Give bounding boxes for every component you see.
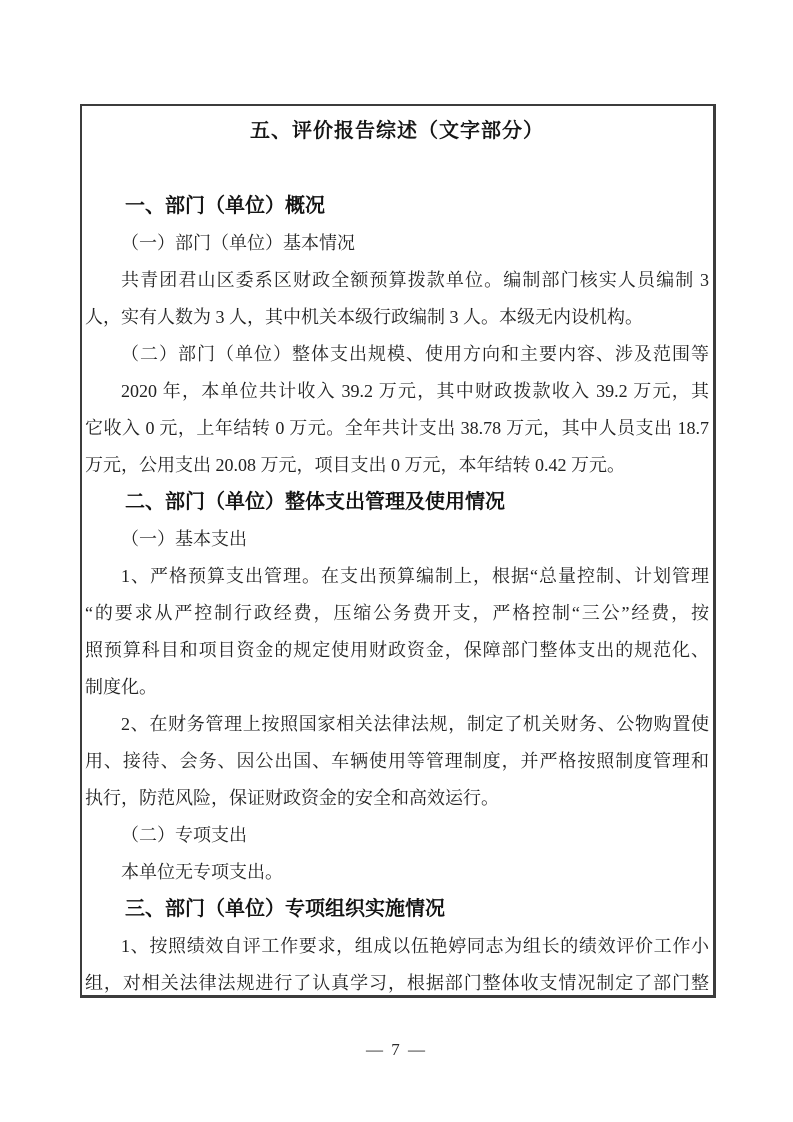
text-line: 本单位无专项支出。 bbox=[85, 854, 709, 891]
subheading-overall-expenditure: （二）部门（单位）整体支出规模、使用方向和主要内容、涉及范围等 bbox=[85, 336, 709, 373]
text-line: 2020 年，本单位共计收入 39.2 万元，其中财政拨款收入 39.2 万元，… bbox=[85, 373, 709, 410]
report-text-box: 五、评价报告综述（文字部分） 一、部门（单位）概况 （一）部门（单位）基本情况 … bbox=[80, 104, 716, 998]
text-line: 组，对相关法律法规进行了认真学习，根据部门整体收支情况制定了部门整 bbox=[85, 965, 709, 998]
subheading-basic-expenditure: （一）基本支出 bbox=[85, 521, 709, 558]
text-line: 1、按照绩效自评工作要求，组成以伍艳婷同志为组长的绩效评价工作小 bbox=[85, 928, 709, 965]
text-line: 2、在财务管理上按照国家相关法律法规，制定了机关财务、公物购置使 bbox=[85, 706, 709, 743]
text-line: 用、接待、会务、因公出国、车辆使用等管理制度，并严格按照制度管理和 bbox=[85, 743, 709, 780]
title-spacer bbox=[85, 154, 709, 188]
text-line: 执行，防范风险，保证财政资金的安全和高效运行。 bbox=[85, 780, 709, 817]
document-page: 五、评价报告综述（文字部分） 一、部门（单位）概况 （一）部门（单位）基本情况 … bbox=[0, 0, 793, 1122]
text-line: 万元，公用支出 20.08 万元，项目支出 0 万元，本年结转 0.42 万元。 bbox=[85, 447, 709, 484]
text-line: “的要求从严控制行政经费，压缩公务费开支，严格控制“三公”经费，按 bbox=[85, 595, 709, 632]
text-line: 共青团君山区委系区财政全额预算拨款单位。编制部门核实人员编制 3 bbox=[85, 262, 709, 299]
subheading-basic-situation: （一）部门（单位）基本情况 bbox=[85, 225, 709, 262]
text-line: 它收入 0 元，上年结转 0 万元。全年共计支出 38.78 万元，其中人员支出… bbox=[85, 410, 709, 447]
section-title: 五、评价报告综述（文字部分） bbox=[85, 108, 709, 154]
text-line: 照预算科目和项目资金的规定使用财政资金，保障部门整体支出的规范化、 bbox=[85, 632, 709, 669]
text-line: 人，实有人数为 3 人，其中机关本级行政编制 3 人。本级无内设机构。 bbox=[85, 299, 709, 336]
heading-expenditure-management: 二、部门（单位）整体支出管理及使用情况 bbox=[85, 484, 709, 521]
heading-department-overview: 一、部门（单位）概况 bbox=[85, 188, 709, 225]
heading-special-organization: 三、部门（单位）专项组织实施情况 bbox=[85, 891, 709, 928]
text-line: 1、严格预算支出管理。在支出预算编制上，根据“总量控制、计划管理 bbox=[85, 558, 709, 595]
text-line: 制度化。 bbox=[85, 669, 709, 706]
page-number: — 7 — bbox=[0, 1035, 793, 1065]
subheading-special-expenditure: （二）专项支出 bbox=[85, 817, 709, 854]
